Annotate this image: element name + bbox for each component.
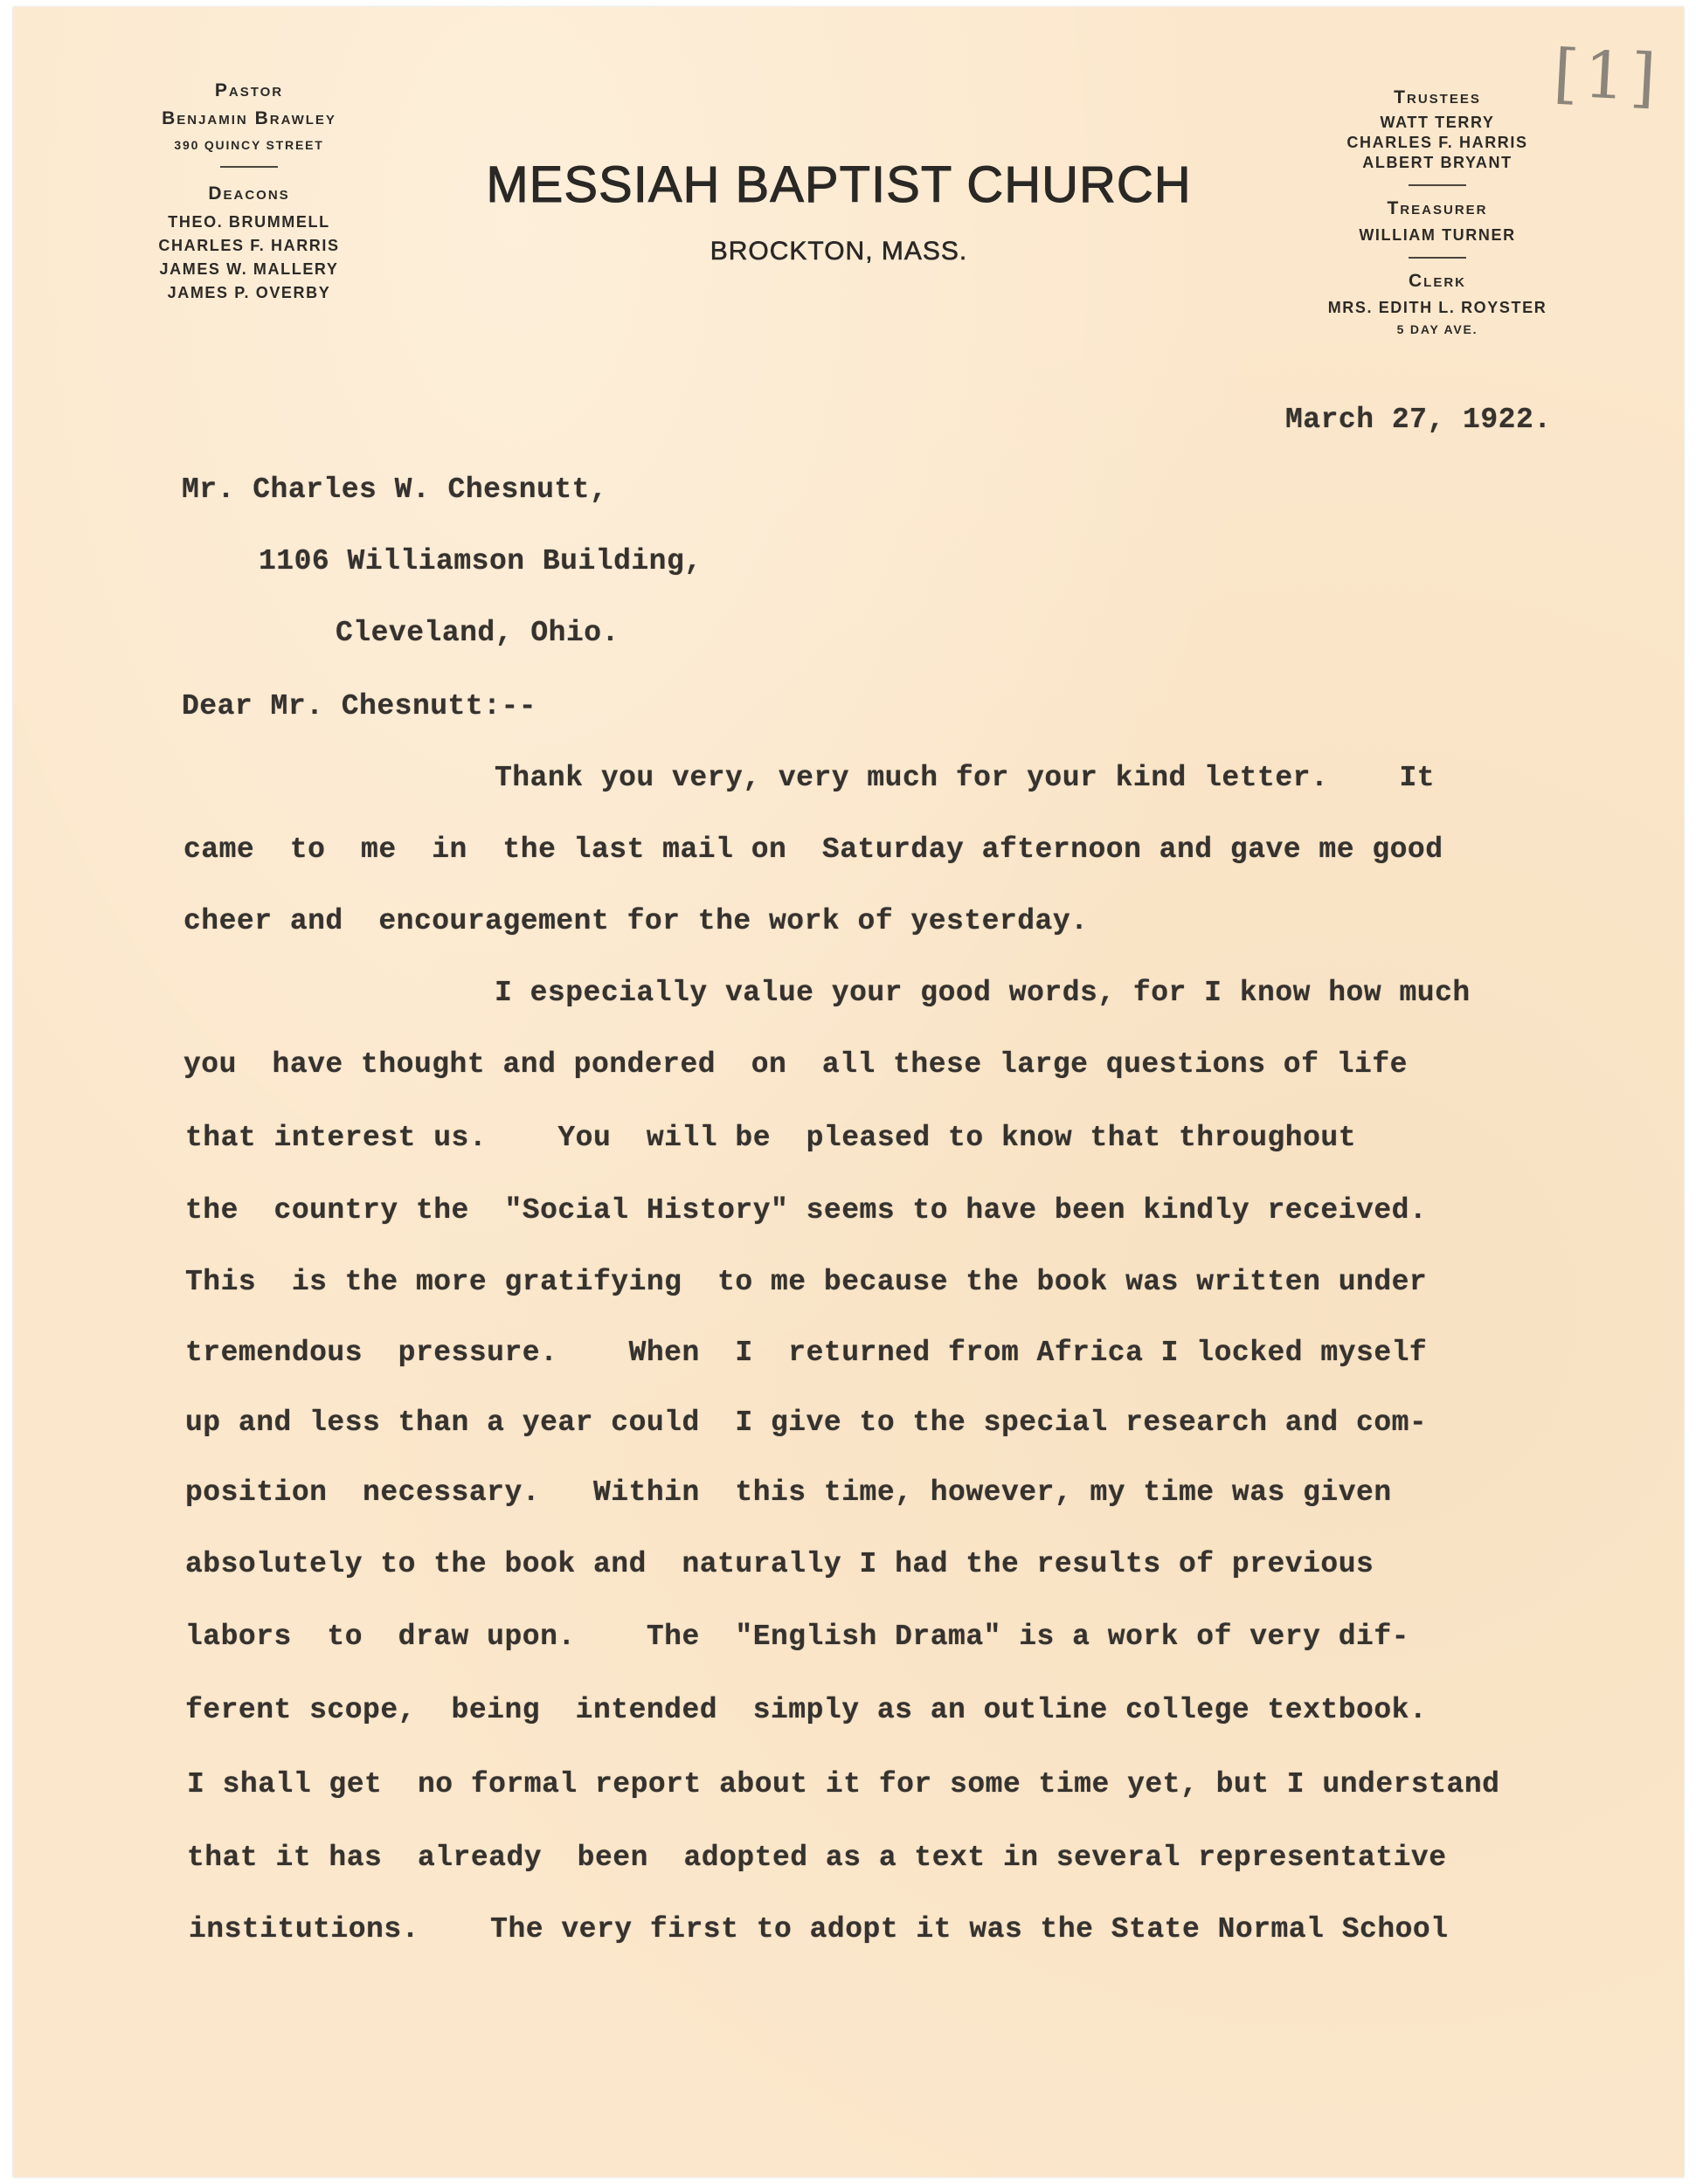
- recipient-city: Cleveland, Ohio.: [336, 617, 620, 649]
- body-line: that it has already been adopted as a te…: [187, 1842, 1447, 1874]
- trustee-name: ALBERT BRYANT: [1306, 154, 1568, 172]
- body-line: position necessary. Within this time, ho…: [185, 1476, 1392, 1509]
- body-line: you have thought and pondered on all the…: [183, 1048, 1408, 1081]
- treasurer-title: Treasurer: [1306, 198, 1568, 219]
- archive-page-mark: [1]: [1552, 36, 1663, 116]
- body-line: ferent scope, being intended simply as a…: [185, 1694, 1427, 1726]
- deacon-name: THEO. BRUMMELL: [131, 213, 367, 232]
- body-line: the country the "Social History" seems t…: [185, 1194, 1427, 1227]
- divider: [220, 166, 278, 168]
- body-line: came to me in the last mail on Saturday …: [183, 833, 1443, 866]
- body-line: Thank you very, very much for your kind …: [495, 762, 1435, 794]
- trustee-name: WATT TERRY: [1306, 114, 1568, 132]
- clerk-name: MRS. EDITH L. ROYSTER: [1306, 299, 1568, 317]
- deacons-title: Deacons: [131, 183, 367, 204]
- body-line: institutions. The very first to adopt it…: [189, 1913, 1449, 1946]
- divider: [1409, 184, 1466, 186]
- body-line: This is the more gratifying to me becaus…: [185, 1266, 1427, 1298]
- pastor-address: 390 QUINCY STREET: [131, 138, 367, 152]
- divider: [1409, 257, 1466, 259]
- recipient-name: Mr. Charles W. Chesnutt,: [182, 473, 607, 506]
- clerk-title: Clerk: [1306, 271, 1568, 292]
- letter-date: March 27, 1922.: [1285, 404, 1552, 436]
- body-line: cheer and encouragement for the work of …: [183, 905, 1088, 937]
- body-line: absolutely to the book and naturally I h…: [185, 1548, 1374, 1580]
- deacon-name: JAMES W. MALLERY: [131, 260, 367, 279]
- treasurer-name: WILLIAM TURNER: [1306, 226, 1568, 245]
- pastor-name: Benjamin Brawley: [131, 108, 367, 129]
- pastor-title: Pastor: [131, 80, 367, 101]
- clerk-address: 5 DAY AVE.: [1306, 322, 1568, 336]
- church-city: BROCKTON, MASS.: [411, 237, 1267, 266]
- body-line: I especially value your good words, for …: [495, 977, 1471, 1009]
- body-line: that interest us. You will be pleased to…: [185, 1122, 1356, 1154]
- body-line: up and less than a year could I give to …: [185, 1406, 1427, 1439]
- trustee-name: CHARLES F. HARRIS: [1306, 134, 1568, 152]
- deacon-name: CHARLES F. HARRIS: [131, 237, 367, 255]
- church-name: MESSIAH BAPTIST CHURCH: [411, 156, 1267, 214]
- recipient-street: 1106 Williamson Building,: [259, 545, 703, 577]
- body-line: tremendous pressure. When I returned fro…: [185, 1337, 1427, 1369]
- trustees-title: Trustees: [1306, 87, 1568, 108]
- salutation: Dear Mr. Chesnutt:--: [182, 690, 536, 722]
- letterhead-right-column: Trustees WATT TERRY CHARLES F. HARRIS AL…: [1306, 87, 1568, 336]
- body-line: I shall get no formal report about it fo…: [187, 1768, 1499, 1800]
- letterhead-center: MESSIAH BAPTIST CHURCH BROCKTON, MASS.: [411, 156, 1267, 266]
- letterhead-left-column: Pastor Benjamin Brawley 390 QUINCY STREE…: [131, 80, 367, 302]
- deacon-name: JAMES P. OVERBY: [131, 284, 367, 302]
- body-line: labors to draw upon. The "English Drama"…: [185, 1621, 1409, 1653]
